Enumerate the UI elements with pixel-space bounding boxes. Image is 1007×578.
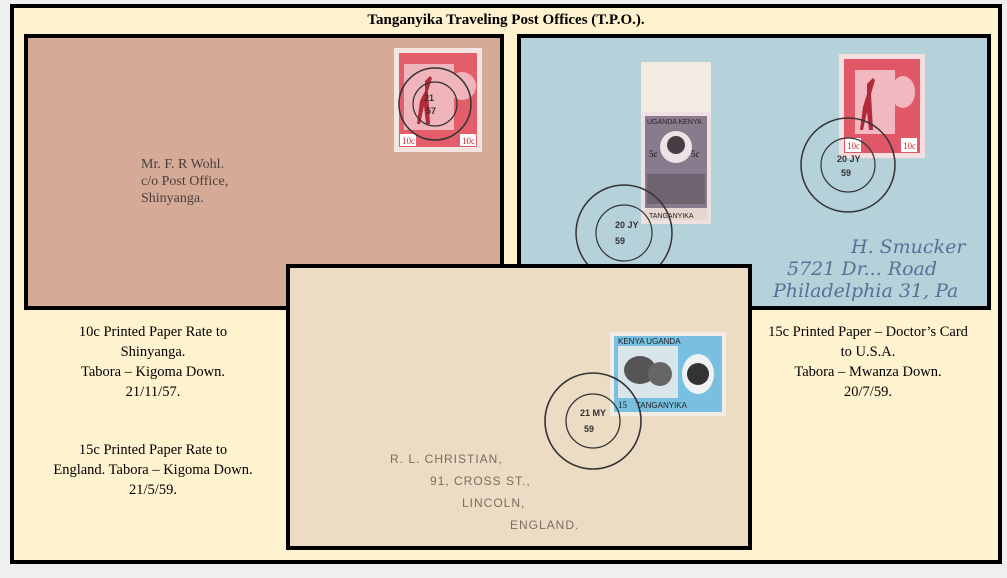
handwritten-city: Philadelphia 31, Pa: [773, 280, 958, 302]
cover-england: KENYA UGANDA TANGANYIKA 15 21 MY 59 R. L…: [286, 264, 752, 550]
caption-shinyanga: 10c Printed Paper Rate to Shinyanga. Tab…: [28, 322, 278, 402]
svg-text:57: 57: [426, 106, 436, 116]
svg-text:21: 21: [424, 93, 434, 103]
svg-text:59: 59: [615, 236, 625, 246]
svg-text:UGANDA KENYA: UGANDA KENYA: [647, 119, 702, 126]
address-line: R. L. CHRISTIAN,: [390, 452, 503, 466]
address-line: Shinyanga.: [141, 190, 228, 207]
handwritten-street: 5721 Dr... Road: [787, 258, 937, 280]
giraffe-stamp-icon: 10c 10c 21 57: [390, 46, 490, 156]
svg-text:10c: 10c: [462, 136, 475, 146]
svg-text:10c: 10c: [903, 141, 916, 151]
caption-england: 15c Printed Paper Rate to England. Tabor…: [28, 440, 278, 500]
exhibit-panel: Tanganyika Traveling Post Offices (T.P.O…: [10, 4, 1002, 564]
caption-usa: 15c Printed Paper – Doctor’s Card to U.S…: [748, 322, 988, 402]
tabora-kigoma-postmark-icon: 21 MY 59: [538, 366, 648, 476]
address-line: ENGLAND.: [510, 518, 579, 532]
page-title: Tanganyika Traveling Post Offices (T.P.O…: [14, 12, 998, 29]
address-line: 91, CROSS ST.,: [430, 474, 531, 488]
svg-text:59: 59: [841, 168, 851, 178]
svg-text:59: 59: [584, 424, 594, 434]
address-line: c/o Post Office,: [141, 173, 228, 190]
svg-text:21 MY: 21 MY: [580, 408, 606, 418]
svg-text:KENYA UGANDA: KENYA UGANDA: [618, 337, 681, 346]
svg-text:5c: 5c: [691, 149, 700, 159]
address-line: LINCOLN,: [462, 496, 525, 510]
svg-text:20 JY: 20 JY: [837, 154, 861, 164]
address-block: Mr. F. R Wohl. c/o Post Office, Shinyang…: [141, 156, 228, 207]
svg-text:20 JY: 20 JY: [615, 220, 639, 230]
svg-text:5c: 5c: [649, 149, 658, 159]
address-line: Mr. F. R Wohl.: [141, 156, 228, 173]
svg-text:10c: 10c: [402, 136, 415, 146]
handwritten-name: H. Smucker: [851, 236, 965, 258]
mwanza-tpo-postmark-icon: 20 JY 59: [793, 110, 903, 220]
